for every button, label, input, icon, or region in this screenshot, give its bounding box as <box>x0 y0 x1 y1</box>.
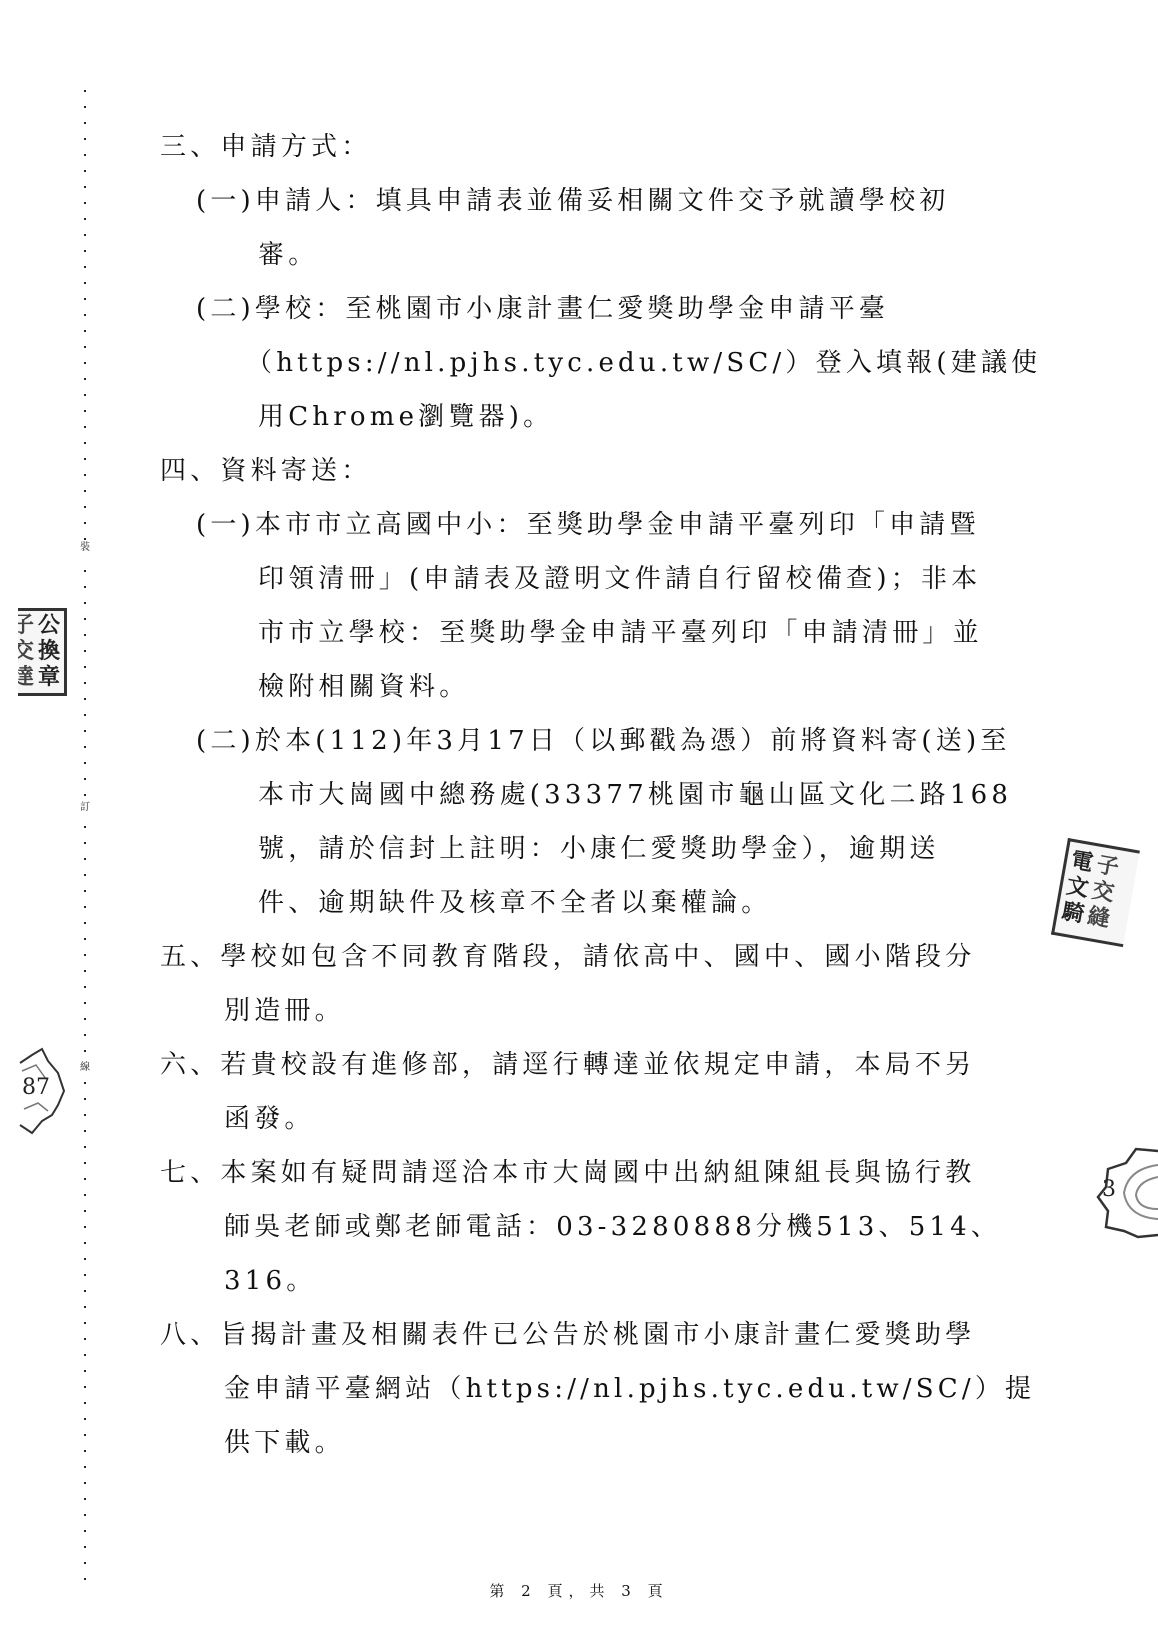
section-3-item-1-line-2: 審。 <box>258 240 318 270</box>
binding-dot <box>84 522 86 524</box>
section-heading-4: 四、資料寄送： <box>160 456 371 486</box>
binding-dot <box>84 538 86 540</box>
binding-dot <box>84 1322 86 1324</box>
binding-dot <box>84 618 86 620</box>
binding-dot <box>84 1034 86 1036</box>
binding-dot <box>84 938 86 940</box>
binding-dot <box>84 394 86 396</box>
section-4-item-2-line-3: 號，請於信封上註明：小康仁愛獎助學金），逾期送 <box>258 834 940 864</box>
binding-dot <box>84 474 86 476</box>
binding-dot <box>84 922 86 924</box>
section-4-item-2-line-2: 本市大崗國中總務處(33377桃園市龜山區文化二路168 <box>258 780 1012 810</box>
binding-dot <box>84 954 86 956</box>
binding-dot <box>84 1338 86 1340</box>
section-5-line-2: 別造冊。 <box>224 996 345 1026</box>
binding-dot <box>84 426 86 428</box>
section-6-line-2: 函發。 <box>224 1104 315 1134</box>
binding-dot <box>84 1354 86 1356</box>
binding-dot <box>84 1146 86 1148</box>
binding-dot <box>84 1194 86 1196</box>
binding-dot <box>84 1546 86 1548</box>
binding-dot <box>84 714 86 716</box>
binding-dot <box>84 442 86 444</box>
binding-dot <box>84 1258 86 1260</box>
section-7-line-2: 師吳老師或鄭老師電話：03-3280888分機513、514、 <box>224 1212 1001 1242</box>
binding-dot <box>84 986 86 988</box>
binding-dot <box>84 234 86 236</box>
binding-dot <box>84 890 86 892</box>
binding-dot <box>84 266 86 268</box>
binding-label: 線 <box>80 1062 90 1074</box>
binding-dot <box>84 1290 86 1292</box>
section-8-line-3: 供下載。 <box>224 1428 345 1458</box>
binding-dot <box>84 906 86 908</box>
binding-dot <box>84 410 86 412</box>
binding-dot <box>84 666 86 668</box>
binding-dot <box>84 1514 86 1516</box>
binding-dot <box>84 842 86 844</box>
binding-dot <box>84 794 86 796</box>
binding-dot <box>84 298 86 300</box>
left-seal-stamp: 子交達 公換章 <box>18 608 67 696</box>
binding-dot <box>84 858 86 860</box>
binding-margin: 裝訂線 <box>80 90 94 1580</box>
binding-dot <box>84 1018 86 1020</box>
section-4-item-1-line-1: (一)本市市立高國中小：至獎助學金申請平臺列印「申請暨 <box>196 510 980 540</box>
section-heading-3: 三、申請方式： <box>160 132 371 162</box>
binding-dot <box>84 90 86 92</box>
binding-dot <box>84 1498 86 1500</box>
section-7-line-3: 316。 <box>224 1266 316 1296</box>
binding-dot <box>84 1274 86 1276</box>
binding-dot <box>84 1082 86 1084</box>
right-gear-number: 3 <box>1102 1177 1116 1202</box>
left-gear-stamp: 87 <box>18 1045 66 1137</box>
binding-dot <box>84 1482 86 1484</box>
binding-dot <box>84 1002 86 1004</box>
binding-dot <box>84 1530 86 1532</box>
binding-dot <box>84 1450 86 1452</box>
section-8-line-1: 八、旨揭計畫及相關表件已公告於桃園市小康計畫仁愛獎助學 <box>160 1320 975 1350</box>
section-3-item-2-line-3: 用Chrome瀏覽器)。 <box>258 402 553 432</box>
binding-dot <box>84 314 86 316</box>
section-4-item-1-line-4: 檢附相關資料。 <box>258 672 469 702</box>
section-5-line-1: 五、學校如包含不同教育階段，請依高中、國中、國小階段分 <box>160 942 975 972</box>
section-7-line-1: 七、本案如有疑問請逕洽本市大崗國中出納組陳組長與協行教 <box>160 1158 975 1188</box>
binding-dot <box>84 218 86 220</box>
binding-dot <box>84 586 86 588</box>
binding-dot <box>84 1050 86 1052</box>
binding-dot <box>84 490 86 492</box>
binding-dot <box>84 1178 86 1180</box>
left-gear-number: 87 <box>22 1075 50 1100</box>
section-6-line-1: 六、若貴校設有進修部，請逕行轉達並依規定申請，本局不另 <box>160 1050 975 1080</box>
gear-seal-icon <box>1078 1145 1158 1243</box>
binding-dot <box>84 346 86 348</box>
binding-dot <box>84 1418 86 1420</box>
binding-dot <box>84 1130 86 1132</box>
binding-dot <box>84 970 86 972</box>
section-8-url-line: 金申請平臺網站（https://nl.pjhs.tyc.edu.tw/SC/）提 <box>224 1374 1035 1404</box>
binding-dot <box>84 778 86 780</box>
page-number-footer: 第 2 頁，共 3 頁 <box>0 1580 1158 1601</box>
binding-dot <box>84 1562 86 1564</box>
binding-dot <box>84 202 86 204</box>
binding-dot <box>84 1434 86 1436</box>
binding-label: 訂 <box>80 802 90 814</box>
section-4-item-1-line-3: 市市立學校：至獎助學金申請平臺列印「申請清冊」並 <box>258 618 983 648</box>
binding-dot <box>84 282 86 284</box>
binding-dot <box>84 138 86 140</box>
binding-dot <box>84 762 86 764</box>
binding-dot <box>84 154 86 156</box>
binding-dot <box>84 682 86 684</box>
section-4-item-1-line-2: 印領清冊」(申請表及證明文件請自行留校備查)；非本 <box>258 564 981 594</box>
binding-dot <box>84 1402 86 1404</box>
binding-dot <box>84 506 86 508</box>
binding-dot <box>84 698 86 700</box>
binding-dot <box>84 458 86 460</box>
binding-dot <box>84 362 86 364</box>
section-4-item-2-line-4: 件、逾期缺件及核章不全者以棄權論。 <box>258 888 771 918</box>
section-3-item-2-line-1: (二)學校：至桃園市小康計畫仁愛獎助學金申請平臺 <box>196 294 889 324</box>
binding-dot <box>84 330 86 332</box>
binding-dot <box>84 1466 86 1468</box>
section-4-item-2-line-1: (二)於本(112)年3月17日（以郵戳為憑）前將資料寄(送)至 <box>196 726 1011 756</box>
binding-dot <box>84 874 86 876</box>
binding-dot <box>84 570 86 572</box>
binding-dot <box>84 1114 86 1116</box>
binding-dot <box>84 1226 86 1228</box>
binding-dot <box>84 634 86 636</box>
right-gear-stamp: 3 <box>1078 1145 1158 1243</box>
binding-dot <box>84 1098 86 1100</box>
binding-dot <box>84 378 86 380</box>
binding-dot <box>84 650 86 652</box>
binding-dot <box>84 1386 86 1388</box>
binding-dot <box>84 122 86 124</box>
binding-label: 裝 <box>80 542 90 554</box>
binding-dot <box>84 1242 86 1244</box>
binding-dot <box>84 186 86 188</box>
binding-dot <box>84 746 86 748</box>
binding-dot <box>84 1370 86 1372</box>
right-seal-stamp: 電文騎 子交縫 <box>1051 838 1140 947</box>
binding-dot <box>84 1162 86 1164</box>
binding-dot <box>84 170 86 172</box>
binding-dot <box>84 1210 86 1212</box>
binding-dot <box>84 250 86 252</box>
binding-dot <box>84 106 86 108</box>
binding-dot <box>84 1306 86 1308</box>
section-3-item-1-line-1: (一)申請人：填具申請表並備妥相關文件交予就讀學校初 <box>196 186 950 216</box>
binding-dot <box>84 602 86 604</box>
section-3-item-2-url-line: （https://nl.pjhs.tyc.edu.tw/SC/）登入填報(建議使 <box>246 348 1041 378</box>
binding-dot <box>84 730 86 732</box>
binding-dot <box>84 826 86 828</box>
left-seal-col2: 公換章 <box>38 613 60 691</box>
left-seal-col1: 子交達 <box>18 613 34 691</box>
